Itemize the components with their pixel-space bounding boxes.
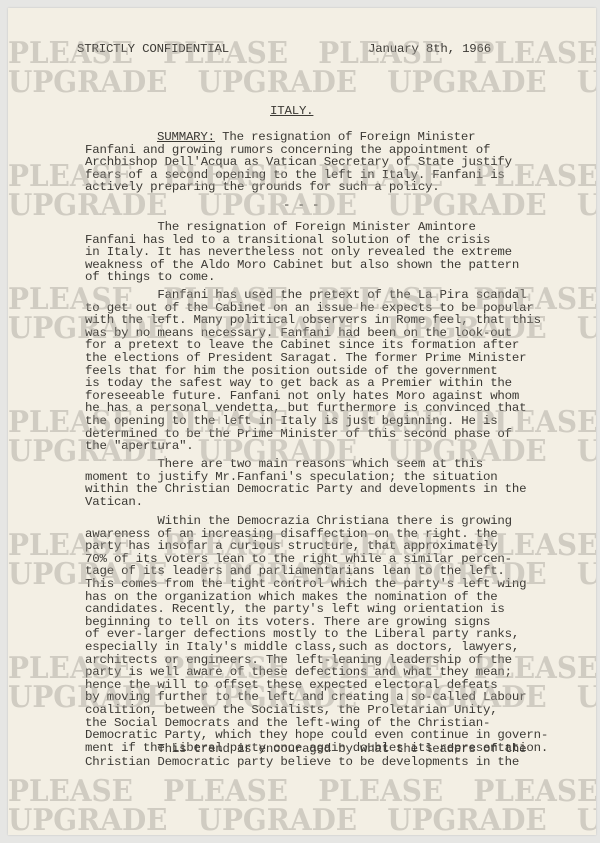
classification-label: STRICTLY CONFIDENTIAL <box>77 42 229 56</box>
paragraph: There are two main reasons which seem at… <box>85 458 526 508</box>
watermark-row: PLEASE PLEASE PLEASE PLEASE PLEASE <box>8 774 585 809</box>
separator: - - - <box>283 198 319 212</box>
paragraph: The resignation of Foreign Minister Amin… <box>85 221 519 284</box>
document-title: ITALY. <box>270 104 313 118</box>
paragraph: Within the Democrazia Christiana there i… <box>85 515 548 754</box>
summary-block: SUMMARY: The resignation of Foreign Mini… <box>85 131 512 194</box>
document-date: January 8th, 1966 <box>368 42 491 56</box>
watermark-row: UPGRADE UPGRADE UPGRADE UPGRADE UPGRADE <box>8 65 585 100</box>
document-page: PLEASE PLEASE PLEASE PLEASE PLEASE UPGRA… <box>8 8 596 835</box>
watermark-row: UPGRADE UPGRADE UPGRADE UPGRADE UPGRADE <box>8 803 585 835</box>
page-mark: 11 <box>574 834 588 835</box>
paragraph: Fanfani has used the pretext of the La P… <box>85 289 541 453</box>
paragraph: This trend is encouraged by what the lea… <box>85 743 526 768</box>
